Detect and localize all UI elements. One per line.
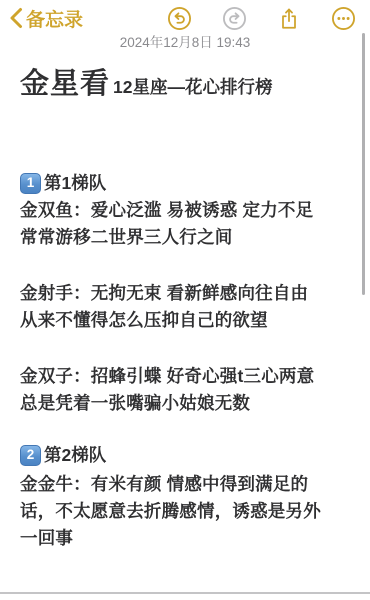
entry-taurus: 金金牛：有米有颜 情感中得到满足的 话，不太愿意去折腾感情，诱惑是另外 一回事 bbox=[20, 471, 354, 552]
note-title-sub: 12星座—花心排行榜 bbox=[113, 77, 272, 97]
back-button[interactable]: 备忘录 bbox=[8, 5, 83, 32]
chevron-left-icon bbox=[8, 7, 24, 29]
redo-button[interactable] bbox=[222, 6, 247, 31]
nav-actions bbox=[167, 6, 356, 31]
redo-icon bbox=[222, 19, 247, 34]
note-title-main: 金星看 bbox=[20, 68, 110, 100]
share-button[interactable] bbox=[277, 6, 301, 31]
entry-pisces: 金双鱼：爱心泛滥 易被诱惑 定力不足 常常游移二世界三人行之间 bbox=[20, 197, 354, 251]
note-editor[interactable]: 金星看12星座—花心排行榜 1 第1梯队 金双鱼：爱心泛滥 易被诱惑 定力不足 … bbox=[0, 66, 370, 552]
note-title: 金星看12星座—花心排行榜 bbox=[20, 66, 354, 107]
nav-bar: 备忘录 bbox=[0, 0, 370, 30]
note-date: 2024年12月8日 19:43 bbox=[0, 34, 370, 52]
tier-2-label: 第2梯队 bbox=[44, 441, 106, 469]
tier-1-group: 1 第1梯队 金双鱼：爱心泛滥 易被诱惑 定力不足 常常游移二世界三人行之间 bbox=[20, 169, 354, 251]
entry-sagittarius: 金射手：无拘无束 看新鲜感向往自由 从来不懂得怎么压抑自己的欲望 bbox=[20, 280, 354, 334]
undo-button[interactable] bbox=[167, 6, 192, 31]
tier-2-heading: 2 第2梯队 bbox=[20, 441, 354, 469]
keycap-1-badge: 1 bbox=[20, 173, 41, 194]
tier-2-group: 2 第2梯队 金金牛：有米有颜 情感中得到满足的 话，不太愿意去折腾感情，诱惑是… bbox=[20, 441, 354, 552]
scrollbar[interactable] bbox=[362, 33, 365, 295]
keycap-2-badge: 2 bbox=[20, 445, 41, 466]
undo-icon bbox=[167, 19, 192, 34]
bottom-divider bbox=[0, 592, 370, 594]
back-label: 备忘录 bbox=[26, 5, 83, 32]
tier-1-label: 第1梯队 bbox=[44, 169, 106, 197]
share-icon bbox=[277, 19, 301, 34]
entry-gemini: 金双子：招蜂引蝶 好奇心强t三心两意 总是凭着一张嘴骗小姑娘无数 bbox=[20, 363, 354, 417]
more-ellipsis-icon bbox=[331, 19, 356, 34]
notes-app-screen: 备忘录 bbox=[0, 0, 370, 600]
more-button[interactable] bbox=[331, 6, 356, 31]
tier-1-heading: 1 第1梯队 bbox=[20, 169, 354, 197]
